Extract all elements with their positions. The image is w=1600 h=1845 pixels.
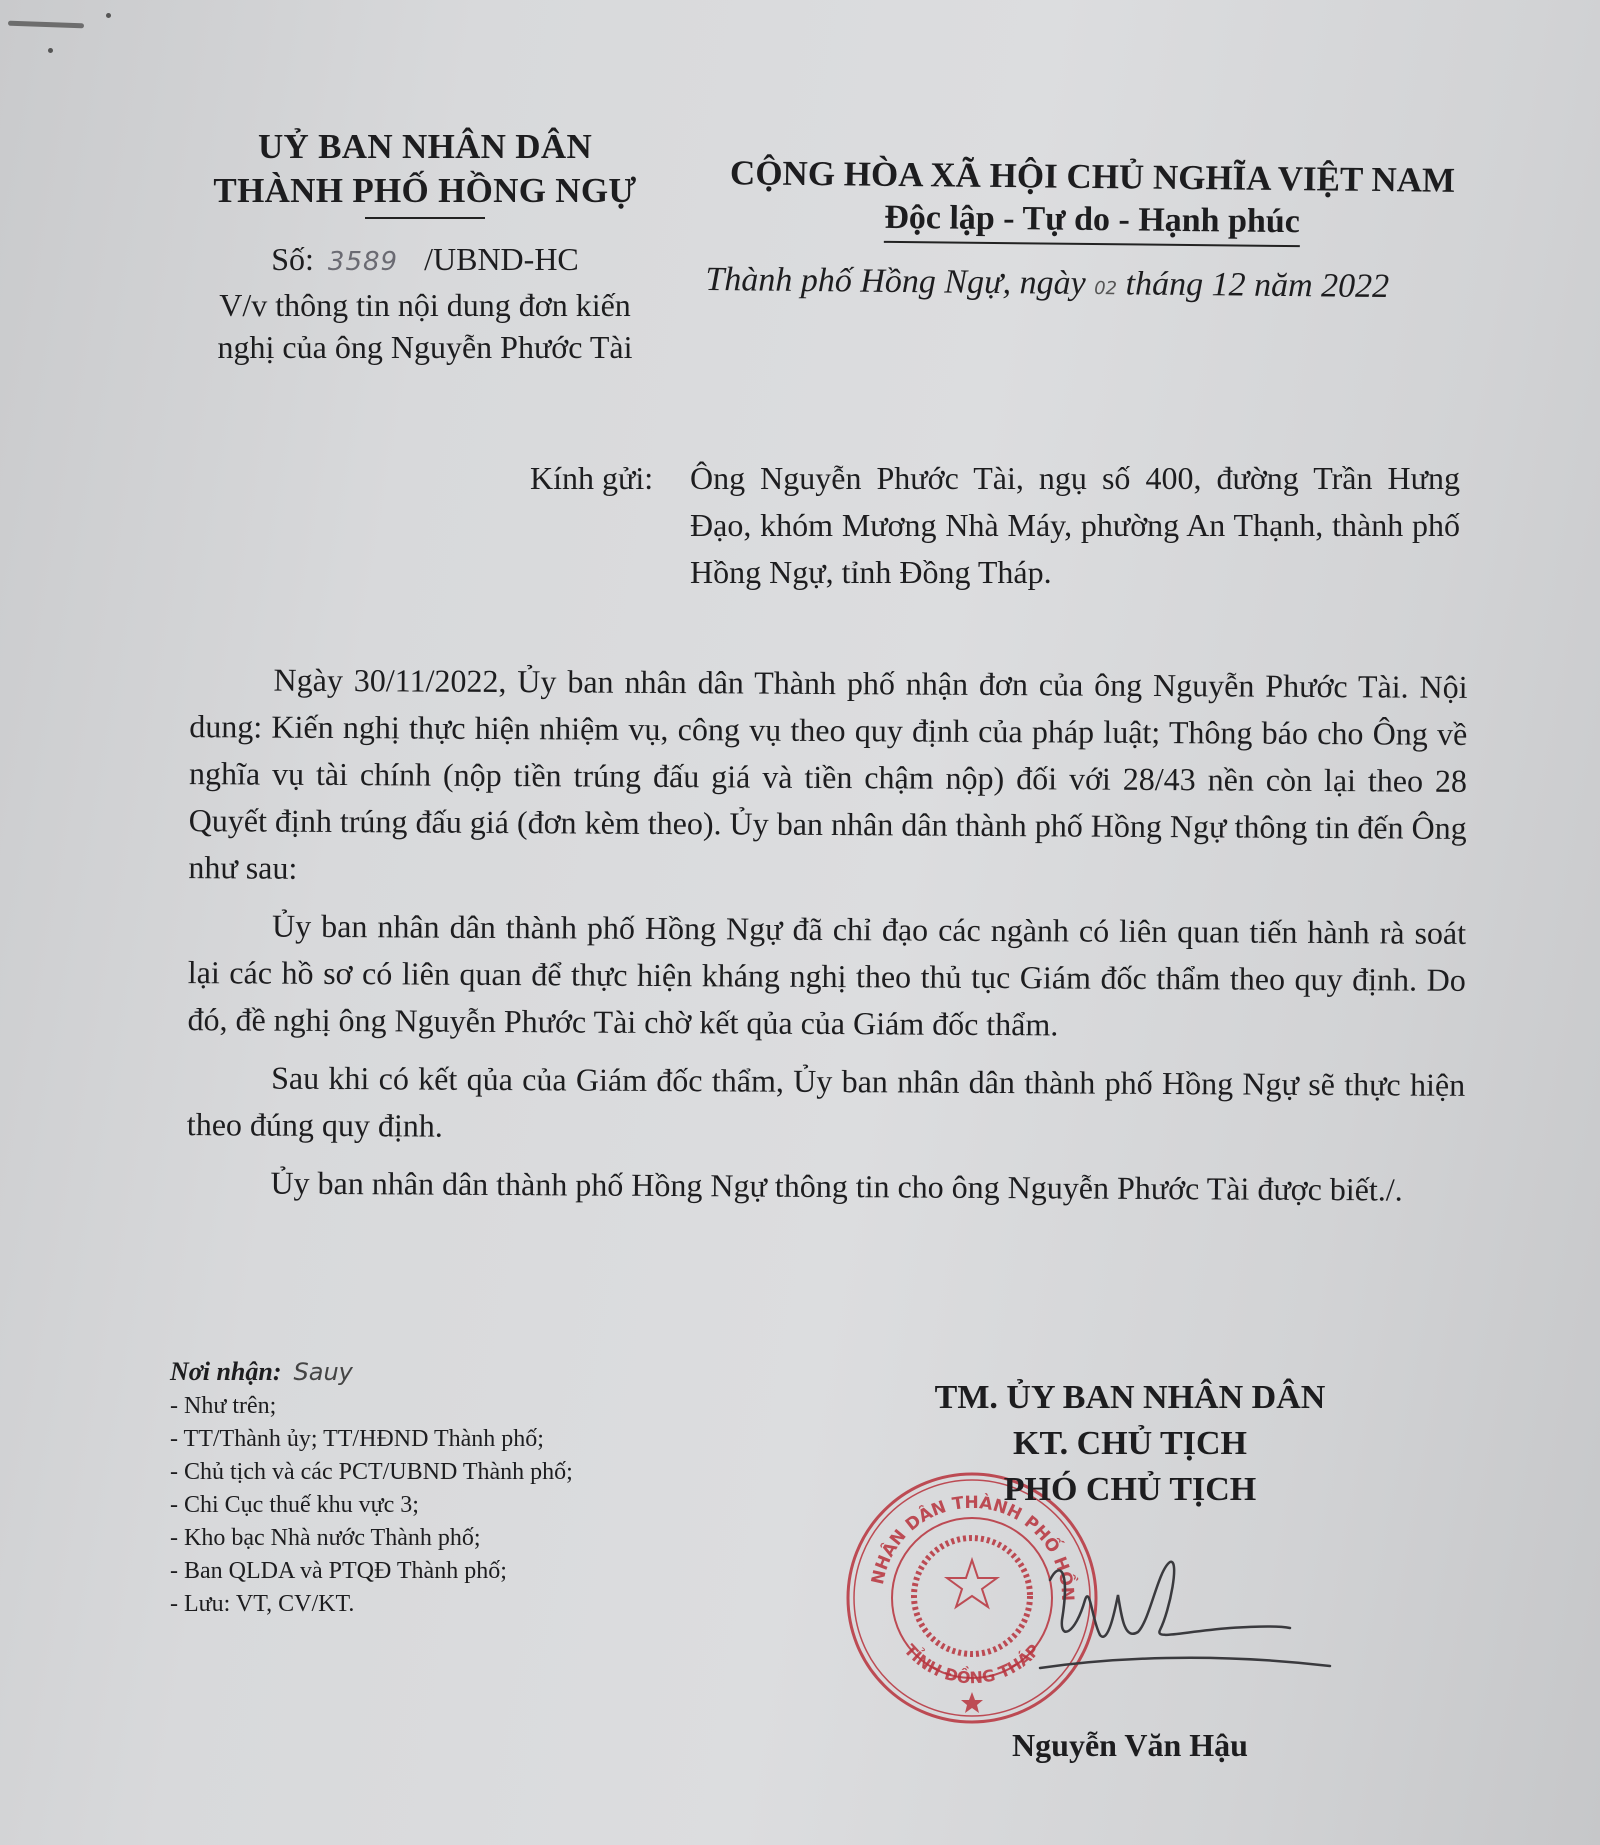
number-handwritten: 3589 [328, 247, 398, 277]
pen-mark [8, 21, 84, 29]
addressee-text: Ông Nguyễn Phước Tài, ngụ số 400, đường … [690, 455, 1460, 596]
recipient-item: - Chi Cục thuế khu vực 3; [170, 1489, 730, 1522]
signer-role-1: TM. ỦY BAN NHÂN DÂN [880, 1375, 1380, 1421]
body-paragraph: Ủy ban nhân dân thành phố Hồng Ngự thông… [186, 1159, 1464, 1214]
subject-line-1: V/v thông tin nội dung đơn kiến [190, 284, 660, 326]
body-paragraph: Ủy ban nhân dân thành phố Hồng Ngự đã ch… [187, 902, 1466, 1051]
national-header: CỘNG HÒA XÃ HỘI CHỦ NGHĨA VIỆT NAM Độc l… [711, 151, 1473, 307]
signer-role-2: KT. CHỦ TỊCH [880, 1421, 1380, 1467]
subject-line-2: nghị của ông Nguyễn Phước Tài [190, 326, 660, 368]
handwritten-signature-icon [1030, 1540, 1350, 1690]
ink-dot [106, 13, 111, 18]
recipient-item: - TT/Thành ủy; TT/HĐND Thành phố; [170, 1423, 730, 1456]
issuer-line-2: THÀNH PHỐ HỒNG NGỰ [190, 169, 660, 213]
document-page: UỶ BAN NHÂN DÂN THÀNH PHỐ HỒNG NGỰ Số: 3… [0, 0, 1600, 1845]
recipients-title: Nơi nhận: [170, 1357, 282, 1386]
place-date-suffix: tháng 12 năm 2022 [1125, 265, 1389, 305]
issuer-underline [365, 217, 485, 219]
document-number: Số: 3589 /UBND-HC [190, 241, 660, 278]
initial-mark: Sauy [294, 1358, 353, 1386]
day-handwritten: 02 [1094, 278, 1117, 299]
document-subject: V/v thông tin nội dung đơn kiến nghị của… [190, 284, 660, 368]
issuer-header: UỶ BAN NHÂN DÂN THÀNH PHỐ HỒNG NGỰ Số: 3… [190, 125, 660, 368]
recipient-item: - Ban QLDA và PTQĐ Thành phố; [170, 1555, 730, 1588]
place-date-prefix: Thành phố Hồng Ngự, ngày [705, 261, 1086, 302]
signer-role-3: PHÓ CHỦ TỊCH [880, 1467, 1380, 1513]
nation-title: CỘNG HÒA XÃ HỘI CHỦ NGHĨA VIỆT NAM [712, 151, 1472, 203]
recipient-item: - Kho bạc Nhà nước Thành phố; [170, 1522, 730, 1555]
body-paragraph: Ngày 30/11/2022, Ủy ban nhân dân Thành p… [188, 656, 1467, 899]
ink-dot [48, 48, 53, 53]
recipients-list: Nơi nhận: Sauy - Như trên; - TT/Thành ủy… [170, 1355, 730, 1621]
body-paragraph: Sau khi có kết qủa của Giám đốc thẩm, Ủy… [187, 1054, 1466, 1156]
addressee: Kính gửi: Ông Nguyễn Phước Tài, ngụ số 4… [530, 455, 1460, 596]
number-label: Số: [271, 241, 314, 277]
place-date: Thành phố Hồng Ngự, ngày 02 tháng 12 năm… [705, 261, 1471, 307]
national-motto: Độc lập - Tự do - Hạnh phúc [884, 197, 1300, 247]
recipient-item: - Chủ tịch và các PCT/UBND Thành phố; [170, 1456, 730, 1489]
signer-name: Nguyễn Văn Hậu [880, 1727, 1380, 1764]
document-body: Ngày 30/11/2022, Ủy ban nhân dân Thành p… [186, 656, 1467, 1225]
recipients-header: Nơi nhận: Sauy [170, 1355, 730, 1390]
number-suffix: /UBND-HC [424, 241, 579, 277]
recipient-item: - Như trên; [170, 1390, 730, 1423]
addressee-label: Kính gửi: [530, 455, 690, 596]
issuer-line-1: UỶ BAN NHÂN DÂN [190, 125, 660, 169]
recipient-item: - Lưu: VT, CV/KT. [170, 1588, 730, 1621]
